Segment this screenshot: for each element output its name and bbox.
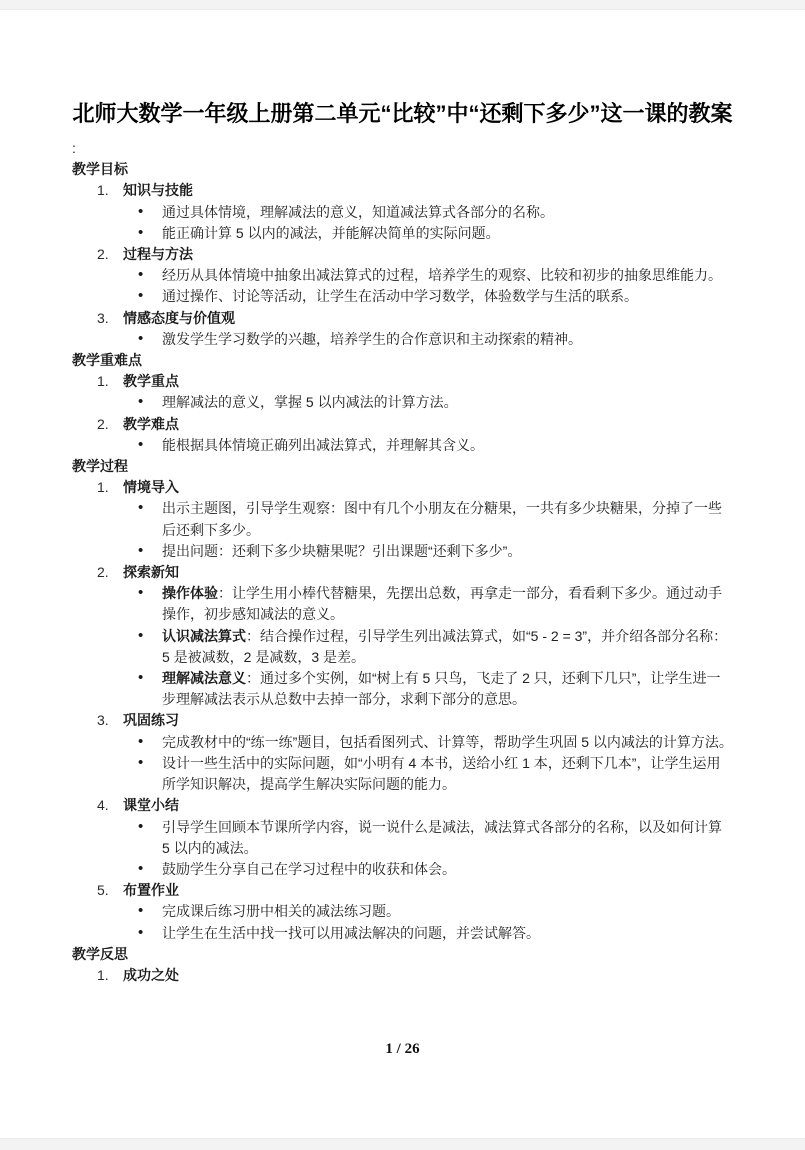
item-label: 教学难点 — [123, 416, 179, 432]
item-label: 情境导入 — [123, 479, 179, 495]
bullet-icon: • — [138, 540, 143, 561]
bullet-text: 让学生在生活中找一找可以用减法解决的问题，并尝试解答。 — [162, 925, 540, 941]
bullet-text: 完成课后练习册中相关的减法练习题。 — [162, 903, 400, 919]
numbered-item: 1.情境导入 — [72, 477, 733, 498]
bullet-item: •鼓励学生分享自己在学习过程中的收获和体会。 — [72, 859, 733, 880]
item-label: 探索新知 — [123, 564, 179, 580]
numbered-item: 3.情感态度与价值观 — [72, 308, 733, 329]
item-label: 布置作业 — [123, 882, 179, 898]
numbered-item: 2.探索新知 — [72, 562, 733, 583]
item-label: 情感态度与价值观 — [123, 310, 235, 326]
section-heading-teaching-reflection: 教学反思 — [72, 944, 733, 965]
bullet-icon: • — [138, 285, 143, 306]
bullet-lead: 理解减法意义 — [162, 670, 246, 686]
item-number: 2. — [97, 414, 109, 435]
item-number: 4. — [97, 795, 109, 816]
bullet-icon: • — [138, 264, 143, 285]
numbered-item: 5.布置作业 — [72, 880, 733, 901]
bullet-icon: • — [138, 667, 143, 688]
item-number: 3. — [97, 308, 109, 329]
bullet-item: •理解减法的意义，掌握 5 以内减法的计算方法。 — [72, 392, 733, 413]
bullet-item: •让学生在生活中找一找可以用减法解决的问题，并尝试解答。 — [72, 923, 733, 944]
item-label: 巩固练习 — [123, 712, 179, 728]
page-top-edge — [0, 0, 805, 10]
page-number: 1 / 26 — [0, 1041, 805, 1058]
item-number: 2. — [97, 244, 109, 265]
bullet-item: •完成教材中的“练一练”题目，包括看图列式、计算等，帮助学生巩固 5 以内减法的… — [72, 732, 733, 753]
bullet-text: 能根据具体情境正确列出减法算式，并理解其含义。 — [162, 437, 484, 453]
bullet-icon: • — [138, 582, 143, 603]
bullet-item: •认识减法算式：结合操作过程，引导学生列出减法算式，如“5 - 2 = 3”，并… — [72, 626, 733, 668]
numbered-item: 2.过程与方法 — [72, 244, 733, 265]
bullet-text: 通过操作、讨论等活动，让学生在活动中学习数学，体验数学与生活的联系。 — [162, 288, 638, 304]
bullet-icon: • — [138, 434, 143, 455]
bullet-icon: • — [138, 731, 143, 752]
bullet-item: •引导学生回顾本节课所学内容，说一说什么是减法，减法算式各部分的名称，以及如何计… — [72, 817, 733, 859]
item-number: 1. — [97, 180, 109, 201]
numbered-item: 1.知识与技能 — [72, 180, 733, 201]
bullet-item: •出示主题图，引导学生观察：图中有几个小朋友在分糖果，一共有多少块糖果，分掉了一… — [72, 498, 733, 540]
bullet-icon: • — [138, 922, 143, 943]
bullet-item: •操作体验：让学生用小棒代替糖果，先摆出总数，再拿走一部分，看看剩下多少。通过动… — [72, 583, 733, 625]
bullet-item: •提出问题：还剩下多少块糖果呢？引出课题“还剩下多少”。 — [72, 541, 733, 562]
section-heading-teaching-process: 教学过程 — [72, 456, 733, 477]
bullet-icon: • — [138, 201, 143, 222]
bullet-text: 出示主题图，引导学生观察：图中有几个小朋友在分糖果，一共有多少块糖果，分掉了一些… — [162, 500, 722, 537]
bullet-icon: • — [138, 816, 143, 837]
bullet-text: 引导学生回顾本节课所学内容，说一说什么是减法，减法算式各部分的名称，以及如何计算… — [162, 819, 722, 856]
bullet-icon: • — [138, 391, 143, 412]
item-label: 教学重点 — [123, 373, 179, 389]
bullet-icon: • — [138, 625, 143, 646]
bullet-icon: • — [138, 858, 143, 879]
bullet-icon: • — [138, 752, 143, 773]
bullet-lead: 认识减法算式 — [162, 628, 246, 644]
bullet-item: •经历从具体情境中抽象出减法算式的过程，培养学生的观察、比较和初步的抽象思维能力… — [72, 265, 733, 286]
bullet-item: •理解减法意义：通过多个实例，如“树上有 5 只鸟，飞走了 2 只，还剩下几只”… — [72, 668, 733, 710]
item-number: 1. — [97, 371, 109, 392]
bullet-text: ：让学生用小棒代替糖果，先摆出总数，再拿走一部分，看看剩下多少。通过动手操作，初… — [162, 585, 722, 622]
bullet-text: 经历从具体情境中抽象出减法算式的过程，培养学生的观察、比较和初步的抽象思维能力。 — [162, 267, 722, 283]
bullet-item: •设计一些生活中的实际问题，如“小明有 4 本书，送给小红 1 本，还剩下几本”… — [72, 753, 733, 795]
document-title: 北师大数学一年级上册第二单元“比较”中“还剩下多少”这一课的教案 — [72, 99, 733, 129]
bullet-icon: • — [138, 222, 143, 243]
bullet-item: •激发学生学习数学的兴趣，培养学生的合作意识和主动探索的精神。 — [72, 329, 733, 350]
bullet-text: 完成教材中的“练一练”题目，包括看图列式、计算等，帮助学生巩固 5 以内减法的计… — [162, 734, 733, 750]
bullet-icon: • — [138, 900, 143, 921]
numbered-item: 2.教学难点 — [72, 414, 733, 435]
section-heading-teaching-objectives: 教学目标 — [72, 159, 733, 180]
item-number: 2. — [97, 562, 109, 583]
bullet-icon: • — [138, 328, 143, 349]
item-label: 课堂小结 — [123, 797, 179, 813]
bullet-item: •通过具体情境，理解减法的意义，知道减法算式各部分的名称。 — [72, 202, 733, 223]
bullet-text: 设计一些生活中的实际问题，如“小明有 4 本书，送给小红 1 本，还剩下几本”，… — [162, 755, 720, 792]
item-label: 过程与方法 — [123, 246, 193, 262]
bullet-text: 理解减法的意义，掌握 5 以内减法的计算方法。 — [162, 394, 458, 410]
bullet-icon: • — [138, 497, 143, 518]
bullet-text: 能正确计算 5 以内的减法，并能解决简单的实际问题。 — [162, 225, 500, 241]
numbered-item: 1.教学重点 — [72, 371, 733, 392]
item-number: 5. — [97, 880, 109, 901]
item-label: 成功之处 — [123, 967, 179, 983]
stray-colon-line: : — [72, 138, 733, 159]
bullet-item: •完成课后练习册中相关的减法练习题。 — [72, 901, 733, 922]
bullet-item: •通过操作、讨论等活动，让学生在活动中学习数学，体验数学与生活的联系。 — [72, 286, 733, 307]
item-number: 1. — [97, 477, 109, 498]
bullet-text: ：结合操作过程，引导学生列出减法算式，如“5 - 2 = 3”，并介绍各部分名称… — [162, 628, 727, 665]
bullet-text: 激发学生学习数学的兴趣，培养学生的合作意识和主动探索的精神。 — [162, 331, 582, 347]
document-body: 北师大数学一年级上册第二单元“比较”中“还剩下多少”这一课的教案 : 教学目标 … — [72, 99, 733, 986]
page-bottom-edge — [0, 1138, 805, 1150]
numbered-item: 1.成功之处 — [72, 965, 733, 986]
bullet-lead: 操作体验 — [162, 585, 218, 601]
item-number: 3. — [97, 710, 109, 731]
numbered-item: 3.巩固练习 — [72, 710, 733, 731]
bullet-text: 通过具体情境，理解减法的意义，知道减法算式各部分的名称。 — [162, 204, 554, 220]
bullet-text: ：通过多个实例，如“树上有 5 只鸟，飞走了 2 只，还剩下几只”，让学生进一步… — [162, 670, 720, 707]
item-number: 1. — [97, 965, 109, 986]
bullet-item: •能正确计算 5 以内的减法，并能解决简单的实际问题。 — [72, 223, 733, 244]
bullet-text: 提出问题：还剩下多少块糖果呢？引出课题“还剩下多少”。 — [162, 543, 521, 559]
bullet-text: 鼓励学生分享自己在学习过程中的收获和体会。 — [162, 861, 456, 877]
item-label: 知识与技能 — [123, 182, 193, 198]
section-heading-key-difficult-points: 教学重难点 — [72, 350, 733, 371]
bullet-item: •能根据具体情境正确列出减法算式，并理解其含义。 — [72, 435, 733, 456]
numbered-item: 4.课堂小结 — [72, 795, 733, 816]
